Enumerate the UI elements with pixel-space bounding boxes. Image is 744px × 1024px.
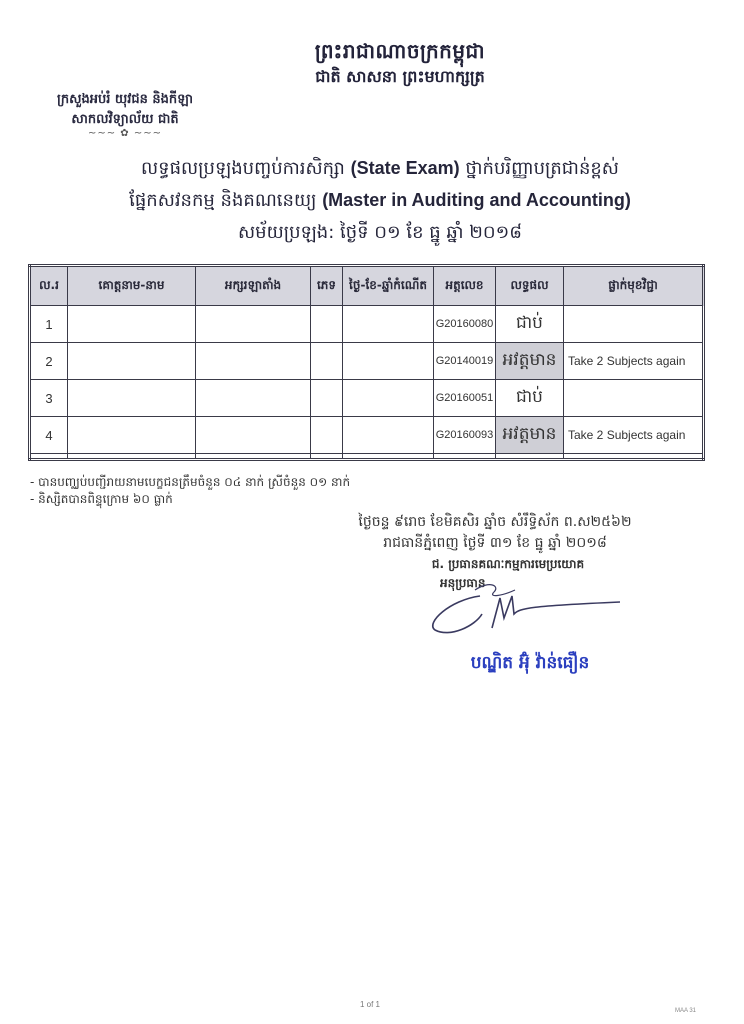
exam-session-date: សម័យប្រឡង: ថ្ងៃទី ០១ ខែ ធ្នូ ឆ្នាំ ២០១៨ xyxy=(60,220,700,247)
cell-result: ជាប់ xyxy=(496,306,564,343)
title-en: (State Exam) xyxy=(351,158,460,178)
col-header-name-kh: គោត្តនាម-នាម xyxy=(68,266,196,306)
major-en: (Master in Auditing and Accounting) xyxy=(322,190,631,210)
cell-dob xyxy=(343,380,434,417)
document-code: MAA 31 xyxy=(675,1008,696,1014)
cell-remark: Take 2 Subjects again xyxy=(564,343,704,380)
cell-name-latin xyxy=(196,343,311,380)
cell-name-kh xyxy=(68,380,196,417)
cell-name-latin xyxy=(196,380,311,417)
cell-name-latin xyxy=(196,417,311,454)
cell-remark xyxy=(564,306,704,343)
col-header-failed-subjects: ផ្លាក់មុខវិជ្ជា xyxy=(564,266,704,306)
title-kh: លទ្ធផលប្រឡងបញ្ចប់ការសិក្សា xyxy=(141,158,345,179)
institution-name: សាកលវិទ្យាល័យ ជាតិ xyxy=(30,110,220,130)
cell-sex xyxy=(311,380,343,417)
notes: - បានបញ្ឈប់បញ្ជីរាយនាមបេក្ខជនត្រឹមចំនួន … xyxy=(30,474,350,508)
cell-no: 2 xyxy=(30,343,68,380)
gregorian-date: រាជធានីភ្នំពេញ ថ្ងៃទី ៣១ ខែ ធ្នូ ឆ្នាំ ២… xyxy=(310,533,680,554)
page-number: 1 of 1 xyxy=(340,1000,400,1009)
kingdom-heading: ព្រះរាជាណាចក្រកម្ពុជា xyxy=(250,38,550,68)
table-header-row: ល.រ គោត្តនាម-នាម អក្សរឡាតាំង ភេទ ថ្ងៃ-ខែ… xyxy=(30,266,704,306)
table-row: 4 G20160093 អវត្តមាន Take 2 Subjects aga… xyxy=(30,417,704,454)
issuing-authority: ក្រសួងអប់រំ យុវជន និងកីឡា សាកលវិទ្យាល័យ … xyxy=(30,90,220,130)
cell-result: ជាប់ xyxy=(496,380,564,417)
col-header-id: អត្តលេខ xyxy=(434,266,496,306)
cell-result: អវត្តមាន xyxy=(496,343,564,380)
cell-result: អវត្តមាន xyxy=(496,417,564,454)
table-row: 1 G20160080 ជាប់ xyxy=(30,306,704,343)
cell-name-latin xyxy=(196,306,311,343)
cell-student-id: G20160080 xyxy=(434,306,496,343)
cell-name-kh xyxy=(68,306,196,343)
lunar-date: ថ្ងៃចន្ទ ៩រោច ខែមិគសិរ ឆ្នាំច សំរឹទ្ធិស័… xyxy=(310,512,680,533)
table-spacer-row xyxy=(30,454,704,460)
cell-sex xyxy=(311,343,343,380)
document-title-line-1: លទ្ធផលប្រឡងបញ្ចប់ការសិក្សា (State Exam) … xyxy=(60,156,700,183)
cell-dob xyxy=(343,306,434,343)
cell-no: 1 xyxy=(30,306,68,343)
cell-student-id: G20160093 xyxy=(434,417,496,454)
cell-name-kh xyxy=(68,343,196,380)
col-header-no: ល.រ xyxy=(30,266,68,306)
signer-name: បណ្ឌិត អ៊ុំ វ៉ាន់ធឿន xyxy=(420,652,640,677)
signatory-role: ជ. ប្រធានគណៈកម្មការមេប្រយោគ xyxy=(388,556,628,574)
cell-sex xyxy=(311,306,343,343)
table-row: 2 G20140019 អវត្តមាន Take 2 Subjects aga… xyxy=(30,343,704,380)
col-header-result: លទ្ធផល xyxy=(496,266,564,306)
cell-remark xyxy=(564,380,704,417)
cell-sex xyxy=(311,417,343,454)
cell-student-id: G20160051 xyxy=(434,380,496,417)
national-motto: ជាតិ សាសនា ព្រះមហាក្សត្រ xyxy=(250,66,550,90)
cell-dob xyxy=(343,343,434,380)
title-kh-degree: ថ្នាក់បរិញ្ញាបត្រជាន់ខ្ពស់ xyxy=(465,158,619,179)
results-table: ល.រ គោត្តនាម-នាម អក្សរឡាតាំង ភេទ ថ្ងៃ-ខែ… xyxy=(28,264,705,461)
cell-remark: Take 2 Subjects again xyxy=(564,417,704,454)
col-header-sex: ភេទ xyxy=(311,266,343,306)
document-title-line-2: ផ្នែកសវនកម្ម និងគណនេយ្យ (Master in Audit… xyxy=(60,188,700,215)
cell-name-kh xyxy=(68,417,196,454)
cell-no: 3 xyxy=(30,380,68,417)
col-header-name-latin: អក្សរឡាតាំង xyxy=(196,266,311,306)
table-row: 3 G20160051 ជាប់ xyxy=(30,380,704,417)
cell-no: 4 xyxy=(30,417,68,454)
note-fail-threshold: - និស្សិតបានពិន្ទុក្រោម ៦០ ធ្លាក់ xyxy=(30,491,350,508)
note-candidate-count: - បានបញ្ឈប់បញ្ជីរាយនាមបេក្ខជនត្រឹមចំនួន … xyxy=(30,474,350,491)
cell-dob xyxy=(343,417,434,454)
col-header-dob: ថ្ងៃ-ខែ-ឆ្នាំកំណើត xyxy=(343,266,434,306)
ministry-name: ក្រសួងអប់រំ យុវជន និងកីឡា xyxy=(30,90,220,110)
ornament-divider-icon: ~~~ ✿ ~~~ xyxy=(30,128,220,139)
cell-student-id: G20140019 xyxy=(434,343,496,380)
signature-icon xyxy=(420,578,620,638)
major-kh: ផ្នែកសវនកម្ម និងគណនេយ្យ xyxy=(129,190,316,211)
